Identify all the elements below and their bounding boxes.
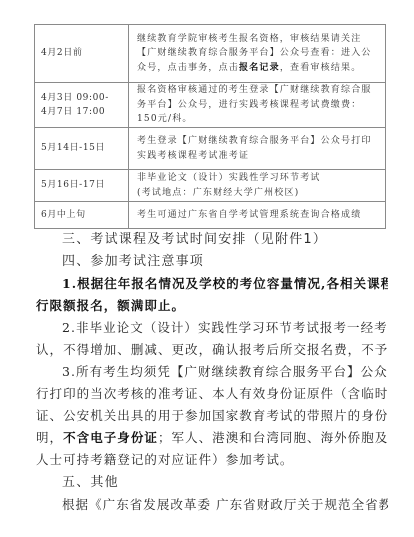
row-description: 非毕业论文（设计）实践性学习环节考试(考试地点：广东财经大学广州校区) [129, 170, 386, 202]
bold-text: 不含电子身份证 [63, 430, 158, 445]
date-line: 4月3日 09:00- [41, 91, 120, 106]
row-date: 5月16日-17日 [35, 170, 129, 202]
table-row: 4月3日 09:00-4月7日 17:00 报名资格审核通过的考生登录【广财继续… [35, 83, 386, 128]
text: ；军人、港澳和台湾同胞、海外侨胞及外籍 [158, 430, 388, 445]
row-description: 报名资格审核通过的考生登录【广财继续教育综合服务平台】公众号，进行实践考核课程考… [129, 83, 386, 128]
section-4-heading: 四、参加考试注意事项 [62, 251, 388, 273]
row-date: 4月2日前 [35, 25, 129, 83]
section-5-heading: 五、其他 [62, 472, 388, 494]
table-row: 4月2日前 继续教育学院审核考生报名资格，审核结果请关注【广财继续教育综合服务平… [35, 25, 386, 83]
item-3-line: 证、公安机关出具的用于参加国家教育考试的带照片的身份证 [36, 405, 388, 427]
item-3-line: 明，不含电子身份证；军人、港澳和台湾同胞、海外侨胞及外籍 [36, 427, 388, 449]
table-row: 5月14日-15日 考生登录【广财继续教育综合服务平台】公众号打印实践考核课程考… [35, 128, 386, 170]
text: 明， [36, 430, 63, 445]
desc-text: ，查看审核结果。 [280, 63, 362, 73]
table-row: 6月中上旬 考生可通过广东省自学考试管理系统查询合格成绩 [35, 202, 386, 229]
row-description: 考生可通过广东省自学考试管理系统查询合格成绩 [129, 202, 386, 229]
row-date: 6月中上旬 [35, 202, 129, 229]
row-description: 继续教育学院审核考生报名资格，审核结果请关注【广财继续教育综合服务平台】公众号查… [129, 25, 386, 83]
date-line: 4月7日 17:00 [41, 105, 120, 120]
row-date: 5月14日-15日 [35, 128, 129, 170]
item-3-line: 人士可持考籍登记的对应证件）参加考试。 [36, 449, 388, 471]
desc-bold-text: 报名记录 [239, 63, 280, 73]
document-page: 4月2日前 继续教育学院审核考生报名资格，审核结果请关注【广财继续教育综合服务平… [0, 0, 414, 537]
item-3-line: 3.所有考生均须凭【广财继续教育综合服务平台】公众号自 [62, 361, 388, 383]
row-description: 考生登录【广财继续教育综合服务平台】公众号打印实践考核课程考试准考证 [129, 128, 386, 170]
desc-line: (考试地点：广东财经大学广州校区) [137, 186, 377, 201]
row-date: 4月3日 09:00-4月7日 17:00 [35, 83, 129, 128]
item-2-line: 认，不得增加、删减、更改，确认报考后所交报名费，不予退还。 [36, 339, 388, 361]
item-1-line: 行限额报名，额满即止。 [36, 295, 388, 317]
desc-line: 非毕业论文（设计）实践性学习环节考试 [137, 171, 377, 186]
table-row: 5月16日-17日 非毕业论文（设计）实践性学习环节考试(考试地点：广东财经大学… [35, 170, 386, 202]
item-2-line: 2.非毕业论文（设计）实践性学习环节考试报考一经考生确 [62, 317, 388, 339]
section-5-line: 根据《广东省发展改革委 广东省财政厅关于规范全省教育 [62, 494, 388, 516]
item-1-line: 1.根据往年报名情况及学校的考位容量情况,各相关课程实 [62, 273, 388, 295]
section-3-heading: 三、考试课程及考试时间安排（见附件1） [62, 229, 388, 251]
item-3-line: 行打印的当次考核的准考证、本人有效身份证原件（含临时身份 [36, 383, 388, 405]
schedule-table: 4月2日前 继续教育学院审核考生报名资格，审核结果请关注【广财继续教育综合服务平… [34, 24, 386, 229]
